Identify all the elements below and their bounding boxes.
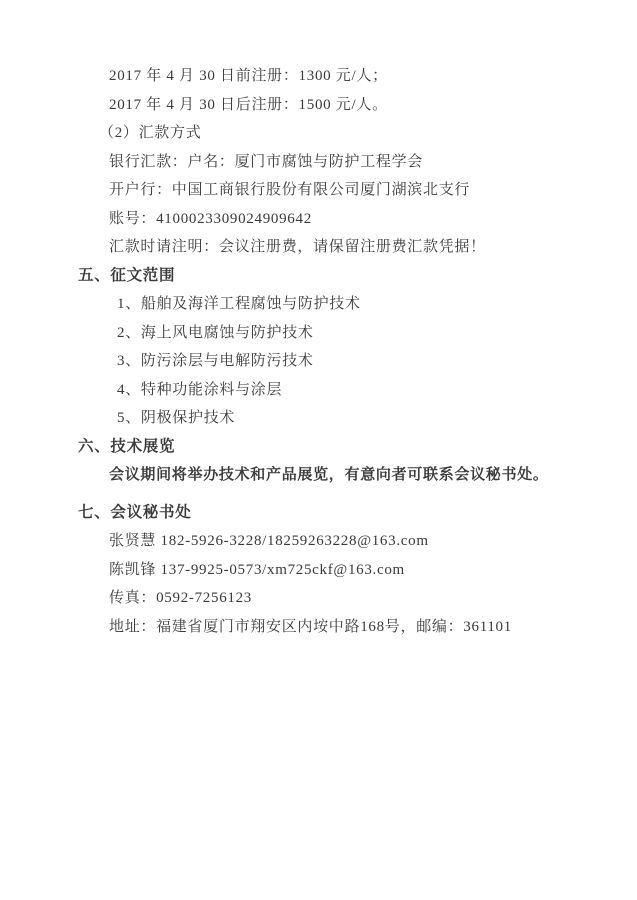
paper-scope-item: 5、阴极保护技术 bbox=[78, 404, 582, 433]
registration-fee-early-line: 2017 年 4 月 30 日前注册：1300 元/人； bbox=[78, 62, 582, 91]
bank-branch-line: 开户行：中国工商银行股份有限公司厦门湖滨北支行 bbox=[78, 176, 582, 205]
bank-account-number-line: 账号：4100023309024909642 bbox=[78, 205, 582, 234]
paper-scope-item: 1、船舶及海洋工程腐蚀与防护技术 bbox=[78, 290, 582, 319]
paper-scope-item: 2、海上风电腐蚀与防护技术 bbox=[78, 319, 582, 348]
section-heading-secretariat: 七、会议秘书处 bbox=[78, 499, 582, 528]
section-heading-exhibition: 六、技术展览 bbox=[78, 433, 582, 462]
payment-method-label: （2）汇款方式 bbox=[78, 119, 582, 148]
registration-fee-late-line: 2017 年 4 月 30 日后注册：1500 元/人。 bbox=[78, 91, 582, 120]
document-content: 2017 年 4 月 30 日前注册：1300 元/人； 2017 年 4 月 … bbox=[0, 0, 637, 641]
exhibition-body-line: 会议期间将举办技术和产品展览，有意向者可联系会议秘书处。 bbox=[78, 461, 582, 490]
payment-note-line: 汇款时请注明：会议注册费，请保留注册费汇款凭据！ bbox=[78, 233, 582, 262]
secretariat-fax-line: 传真：0592-7256123 bbox=[78, 584, 582, 613]
bank-account-name-line: 银行汇款：户名：厦门市腐蚀与防护工程学会 bbox=[78, 148, 582, 177]
secretariat-contact-line: 张贤慧 182-5926-3228/18259263228@163.com bbox=[78, 527, 582, 556]
secretariat-contact-line: 陈凯锋 137-9925-0573/xm725ckf@163.com bbox=[78, 556, 582, 585]
paper-scope-item: 3、防污涂层与电解防污技术 bbox=[78, 347, 582, 376]
secretariat-address-line: 地址：福建省厦门市翔安区内垵中路168号，邮编：361101 bbox=[78, 613, 582, 642]
paper-scope-item: 4、特种功能涂料与涂层 bbox=[78, 376, 582, 405]
document-page: 2017 年 4 月 30 日前注册：1300 元/人； 2017 年 4 月 … bbox=[0, 0, 637, 900]
section-heading-paper-scope: 五、征文范围 bbox=[78, 262, 582, 291]
